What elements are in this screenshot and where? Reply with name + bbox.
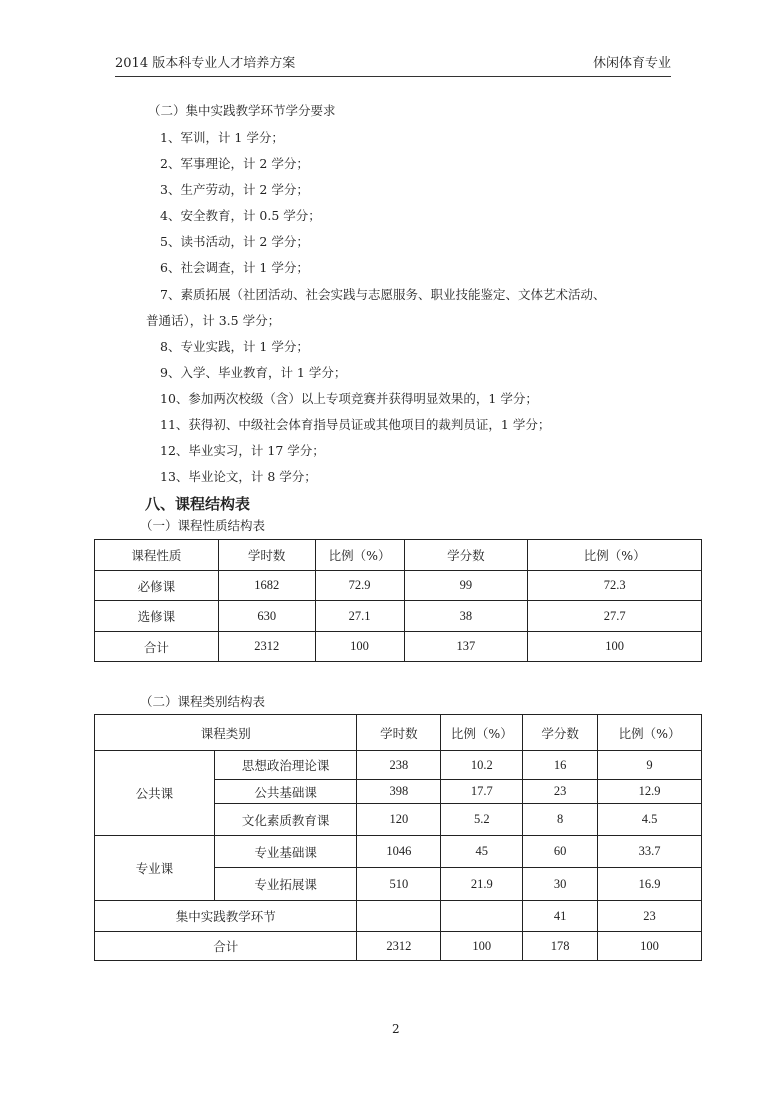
column-header: 学分数 (523, 715, 598, 751)
list-item: 4、安全教育，计 0.5 学分； (160, 206, 321, 224)
cell: 专业拓展课 (214, 868, 357, 901)
group-label: 专业课 (95, 836, 215, 901)
cell: 1046 (357, 836, 441, 868)
column-header: 学分数 (404, 540, 528, 571)
cell: 思想政治理论课 (214, 751, 357, 780)
cell: 38 (404, 601, 528, 632)
cell: 100 (441, 932, 523, 961)
cell: 510 (357, 868, 441, 901)
cell: 公共基础课 (214, 780, 357, 804)
table-row: 必修课 1682 72.9 99 72.3 (95, 571, 702, 601)
cell: 集中实践教学环节 (95, 901, 357, 932)
cell: 必修课 (95, 571, 219, 601)
list-item: 9、入学、毕业教育，计 1 学分； (160, 363, 346, 381)
column-header: 学时数 (357, 715, 441, 751)
cell: 专业基础课 (214, 836, 357, 868)
table-row: 选修课 630 27.1 38 27.7 (95, 601, 702, 632)
course-nature-table: 课程性质 学时数 比例（%） 学分数 比例（%） 必修课 1682 72.9 9… (94, 539, 702, 662)
cell: 99 (404, 571, 528, 601)
cell: 8 (523, 804, 598, 836)
list-item: 2、军事理论，计 2 学分； (160, 154, 309, 172)
table-header-row: 课程性质 学时数 比例（%） 学分数 比例（%） (95, 540, 702, 571)
column-header: 比例（%） (441, 715, 523, 751)
list-item: 5、读书活动，计 2 学分； (160, 232, 309, 250)
table2-title: （二）课程类别结构表 (140, 692, 265, 710)
cell (441, 901, 523, 932)
table1-title: （一）课程性质结构表 (140, 516, 265, 534)
column-header: 比例（%） (598, 715, 702, 751)
cell: 5.2 (441, 804, 523, 836)
cell: 4.5 (598, 804, 702, 836)
table-row: 公共课 思想政治理论课 238 10.2 16 9 (95, 751, 702, 780)
cell: 2312 (357, 932, 441, 961)
cell: 72.3 (528, 571, 702, 601)
group-label: 公共课 (95, 751, 215, 836)
cell: 16.9 (598, 868, 702, 901)
list-item: 10、参加两次校级（含）以上专项竞赛并获得明显效果的，1 学分； (160, 389, 538, 407)
cell: 27.7 (528, 601, 702, 632)
cell: 10.2 (441, 751, 523, 780)
cell: 合计 (95, 932, 357, 961)
cell: 21.9 (441, 868, 523, 901)
practice-section-title: （二）集中实践教学环节学分要求 (148, 101, 336, 119)
cell: 100 (315, 632, 404, 662)
list-item: 6、社会调查，计 1 学分； (160, 258, 309, 276)
cell: 选修课 (95, 601, 219, 632)
column-header: 课程性质 (95, 540, 219, 571)
list-item: 12、毕业实习，计 17 学分； (160, 441, 325, 459)
cell: 120 (357, 804, 441, 836)
cell: 30 (523, 868, 598, 901)
column-header: 比例（%） (528, 540, 702, 571)
table-row: 专业课 专业基础课 1046 45 60 33.7 (95, 836, 702, 868)
header-document-title: 2014 版本科专业人才培养方案 (115, 54, 295, 74)
cell: 100 (598, 932, 702, 961)
list-item: 3、生产劳动，计 2 学分； (160, 180, 309, 198)
cell: 45 (441, 836, 523, 868)
list-item: 11、获得初、中级社会体育指导员证或其他项目的裁判员证，1 学分； (160, 415, 550, 433)
cell: 398 (357, 780, 441, 804)
cell: 文化素质教育课 (214, 804, 357, 836)
list-item: 7、素质拓展（社团活动、社会实践与志愿服务、职业技能鉴定、文体艺术活动、 (160, 285, 605, 303)
cell: 23 (523, 780, 598, 804)
cell: 137 (404, 632, 528, 662)
cell: 100 (528, 632, 702, 662)
page-number: 2 (392, 1022, 400, 1036)
cell: 178 (523, 932, 598, 961)
cell: 12.9 (598, 780, 702, 804)
table-header-row: 课程类别 学时数 比例（%） 学分数 比例（%） (95, 715, 702, 751)
cell: 41 (523, 901, 598, 932)
column-header: 课程类别 (95, 715, 357, 751)
cell: 合计 (95, 632, 219, 662)
cell: 9 (598, 751, 702, 780)
chapter-title: 八、课程结构表 (145, 493, 250, 514)
column-header: 学时数 (218, 540, 315, 571)
header-major-name: 休闲体育专业 (593, 54, 671, 74)
cell: 17.7 (441, 780, 523, 804)
cell: 72.9 (315, 571, 404, 601)
cell: 2312 (218, 632, 315, 662)
cell: 238 (357, 751, 441, 780)
list-item: 1、军训，计 1 学分； (160, 128, 284, 146)
cell: 23 (598, 901, 702, 932)
table-total-row: 合计 2312 100 178 100 (95, 932, 702, 961)
table-row-practice: 集中实践教学环节 41 23 (95, 901, 702, 932)
table-total-row: 合计 2312 100 137 100 (95, 632, 702, 662)
cell: 630 (218, 601, 315, 632)
list-item: 8、专业实践，计 1 学分； (160, 337, 309, 355)
cell: 1682 (218, 571, 315, 601)
column-header: 比例（%） (315, 540, 404, 571)
cell: 60 (523, 836, 598, 868)
cell (357, 901, 441, 932)
cell: 16 (523, 751, 598, 780)
list-item: 13、毕业论文，计 8 学分； (160, 467, 317, 485)
course-category-table: 课程类别 学时数 比例（%） 学分数 比例（%） 公共课 思想政治理论课 238… (94, 714, 702, 961)
cell: 33.7 (598, 836, 702, 868)
page-header: 2014 版本科专业人才培养方案 休闲体育专业 (115, 54, 671, 77)
cell: 27.1 (315, 601, 404, 632)
list-item-continuation: 普通话），计 3.5 学分； (146, 311, 280, 329)
